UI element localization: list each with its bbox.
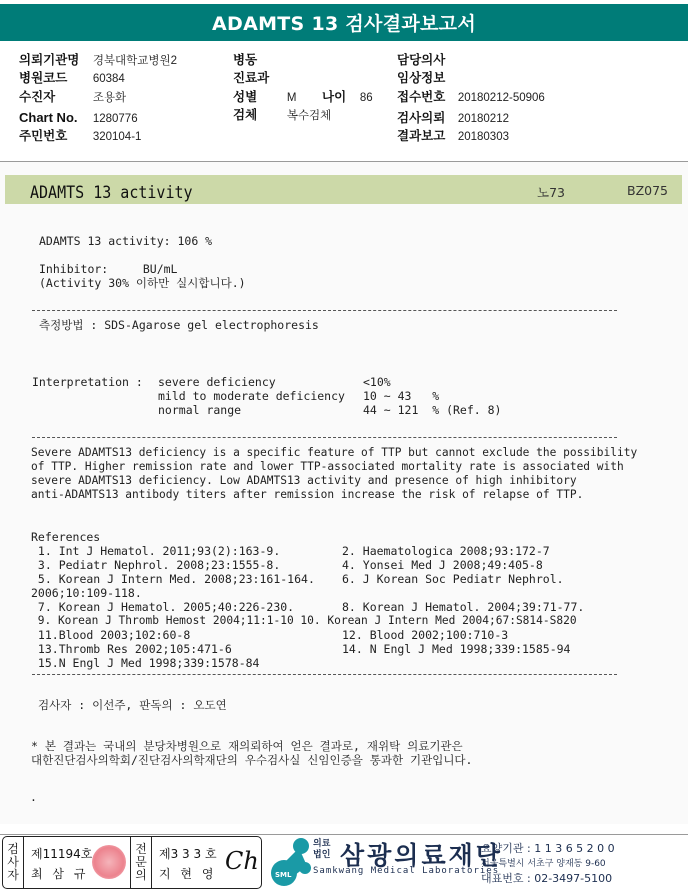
info-clinical: 임상정보 bbox=[397, 68, 454, 88]
institution-code: 요양기관 : 1 1 3 6 5 2 0 0 bbox=[481, 840, 615, 856]
info-label: 임상정보 bbox=[397, 68, 454, 88]
info-physician: 담당의사 bbox=[397, 50, 454, 70]
info-resident-no: 주민번호 320104-1 bbox=[19, 126, 141, 146]
info-label: 수진자 bbox=[19, 87, 89, 107]
info-label: 주민번호 bbox=[19, 126, 89, 146]
reference-item: 15.N Engl J Med 1998;339:1578-84 bbox=[31, 656, 259, 670]
info-value: 경북대학교병원2 bbox=[93, 55, 177, 67]
method-line: 측정방법 : SDS-Agarose gel electrophoresis bbox=[39, 318, 319, 332]
lab-prefix: 의료 법인 bbox=[313, 839, 330, 861]
info-age: 나이 86 bbox=[322, 87, 373, 107]
notice-line: * 본 결과는 국내의 분당차병원으로 재의뢰하여 얻은 결과로, 재위탁 의료… bbox=[31, 739, 463, 753]
reference-item: 2006;10:109-118. bbox=[31, 586, 142, 600]
institution-code-text: 요양기관 : 1 1 3 6 5 2 0 0 bbox=[481, 842, 615, 855]
reference-item: 8. Korean J Hematol. 2004;39:71-77. bbox=[342, 600, 584, 614]
lab-phone: 대표번호 : 02-3497-5100 bbox=[481, 870, 612, 886]
specialist-name: 지 현 영 bbox=[159, 865, 216, 882]
reference-item: 2. Haematologica 2008;93:172-7 bbox=[342, 544, 550, 558]
notice-line: 대한진단검사의학회/진단검사의학재단의 우수검사실 신임인증을 통과한 기관입니… bbox=[31, 753, 472, 767]
test-name: ADAMTS 13 activity bbox=[30, 182, 193, 203]
stray-mark: . bbox=[30, 790, 37, 804]
comment-line: Severe ADAMTS13 deficiency is a specific… bbox=[31, 446, 637, 460]
info-label: 접수번호 bbox=[397, 87, 454, 107]
reference-item: 12. Blood 2002;100:710-3 bbox=[342, 628, 508, 642]
info-specimen: 검체 복수검체 bbox=[233, 105, 331, 125]
test-code-1: 노73 bbox=[537, 183, 565, 201]
info-value: 86 bbox=[360, 92, 373, 104]
reference-item: 9. Korean J Thromb Hemost 2004;11:1-10 1… bbox=[31, 614, 577, 628]
interp-range: 10 ~ 43 % bbox=[363, 389, 439, 403]
info-patient-name: 수진자 조용화 bbox=[19, 87, 126, 107]
info-department: 진료과 bbox=[233, 68, 283, 88]
label-char: 의 bbox=[131, 869, 151, 882]
inhibitor-result: Inhibitor: BU/mL bbox=[39, 262, 177, 276]
sml-logo-icon: SML bbox=[267, 838, 313, 888]
info-value: 20180303 bbox=[458, 131, 509, 143]
reference-item: 6. J Korean Soc Pediatr Nephrol. bbox=[342, 572, 564, 586]
lab-phone-text: 대표번호 : 02-3497-5100 bbox=[481, 872, 612, 885]
info-label: 병동 bbox=[233, 50, 283, 70]
info-receipt-no: 접수번호 20180212-50906 bbox=[397, 87, 545, 107]
info-value: 1280776 bbox=[93, 113, 138, 125]
info-value: M bbox=[287, 92, 297, 104]
svg-text:SML: SML bbox=[275, 871, 292, 879]
specialist-label: 전 문 의 bbox=[130, 837, 152, 888]
info-value: 복수검체 bbox=[287, 110, 331, 122]
info-value: 320104-1 bbox=[93, 131, 142, 143]
dashed-divider bbox=[32, 674, 617, 675]
activity-result: ADAMTS 13 activity: 106 % bbox=[39, 234, 212, 248]
info-label: 병원코드 bbox=[19, 68, 89, 88]
reference-item: 13.Thromb Res 2002;105:471-6 bbox=[31, 642, 232, 656]
signature-box: 검 사 자 제11194호 최 삼 규 전 문 의 제3 3 3 호 지 현 영… bbox=[2, 836, 262, 889]
info-value: 20180212-50906 bbox=[458, 92, 545, 104]
footer-divider bbox=[0, 834, 688, 835]
info-label: 의뢰기관명 bbox=[19, 50, 89, 70]
dashed-divider bbox=[32, 310, 617, 311]
info-label: 결과보고 bbox=[397, 126, 454, 146]
comment-line: severe ADAMTS13 deficiency. Low ADAMTS13… bbox=[31, 474, 577, 488]
dashed-divider bbox=[32, 437, 617, 438]
interp-range: <10% bbox=[363, 375, 391, 389]
report-title: ADAMTS 13 검사결과보고서 bbox=[0, 4, 688, 41]
info-label: 검사의뢰 bbox=[397, 108, 454, 128]
examiner-name: 최 삼 규 bbox=[31, 865, 88, 882]
info-report-date: 결과보고 20180303 bbox=[397, 126, 509, 146]
info-label: 나이 bbox=[322, 87, 356, 107]
references-heading: References bbox=[31, 530, 100, 544]
interp-category: mild to moderate deficiency bbox=[158, 389, 345, 403]
reference-item: 14. N Engl J Med 1998;339:1585-94 bbox=[342, 642, 570, 656]
reference-item: 4. Yonsei Med J 2008;49:405-8 bbox=[342, 558, 543, 572]
interp-category: normal range bbox=[158, 403, 241, 417]
interp-category: severe deficiency bbox=[158, 375, 276, 389]
test-code-2: BZ075 bbox=[627, 183, 668, 198]
info-hospital-code: 병원코드 60384 bbox=[19, 68, 125, 88]
comment-line: anti-ADAMTS13 antibody titers after remi… bbox=[31, 488, 583, 502]
info-label: 진료과 bbox=[233, 68, 283, 88]
info-sex: 성별 M bbox=[233, 87, 296, 107]
lab-prefix-line: 법인 bbox=[313, 850, 330, 861]
info-label: 담당의사 bbox=[397, 50, 454, 70]
specialist-license-no: 제3 3 3 호 bbox=[159, 845, 217, 862]
info-value: 60384 bbox=[93, 73, 125, 85]
lab-name-english: Samkwang Medical Laboratories bbox=[313, 866, 499, 876]
seal-stamp-icon bbox=[92, 845, 126, 879]
test-header-bar: ADAMTS 13 activity 노73 BZ075 bbox=[5, 175, 682, 204]
reference-item: 7. Korean J Hematol. 2005;40:226-230. bbox=[31, 600, 294, 614]
reference-item: 5. Korean J Intern Med. 2008;23:161-164. bbox=[31, 572, 315, 586]
reference-item: 3. Pediatr Nephrol. 2008;23:1555-8. bbox=[31, 558, 280, 572]
examiner-line: 검사자 : 이선주, 판독의 : 오도연 bbox=[38, 698, 227, 712]
info-request-date: 검사의뢰 20180212 bbox=[397, 108, 509, 128]
examiner-label: 검 사 자 bbox=[3, 837, 24, 888]
inhibitor-note: (Activity 30% 이하만 실시합니다.) bbox=[39, 276, 246, 290]
comment-line: of TTP. Higher remission rate and lower … bbox=[31, 460, 624, 474]
reference-item: 1. Int J Hematol. 2011;93(2):163-9. bbox=[31, 544, 280, 558]
info-value: 조용화 bbox=[93, 92, 126, 104]
lab-address: 서울특별시 서초구 양재동 9-60 bbox=[481, 856, 606, 869]
info-label: Chart No. bbox=[19, 108, 89, 128]
examiner-license-no: 제11194호 bbox=[31, 845, 92, 862]
info-ward: 병동 bbox=[233, 50, 283, 70]
info-institution: 의뢰기관명 경북대학교병원2 bbox=[19, 50, 177, 70]
info-label: 검체 bbox=[233, 105, 283, 125]
lab-prefix-line: 의료 bbox=[313, 839, 330, 850]
info-value: 20180212 bbox=[458, 113, 509, 125]
interpretation-label: Interpretation : bbox=[32, 375, 143, 389]
reference-item: 11.Blood 2003;102:60-8 bbox=[31, 628, 190, 642]
info-chart-no: Chart No. 1280776 bbox=[19, 108, 138, 128]
label-char: 자 bbox=[3, 869, 23, 882]
signature: Ch bbox=[225, 847, 259, 875]
interp-range: 44 ~ 121 % (Ref. 8) bbox=[363, 403, 501, 417]
info-label: 성별 bbox=[233, 87, 283, 107]
